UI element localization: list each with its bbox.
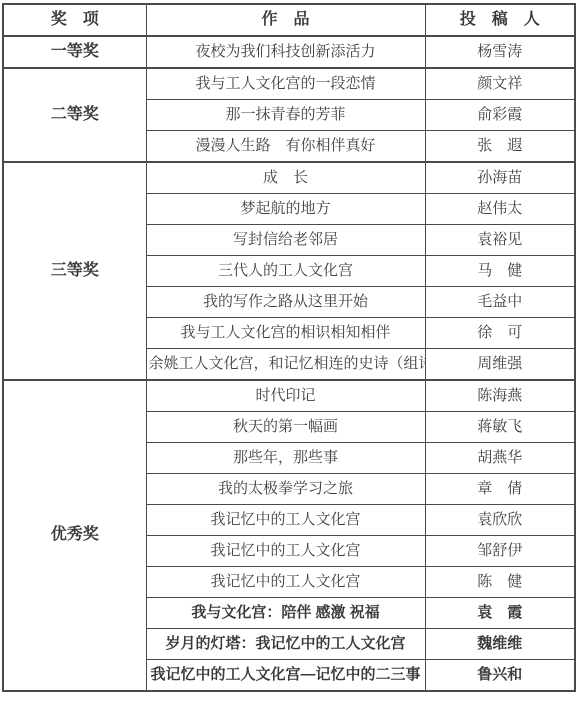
author-cell: 毛益中 <box>425 287 575 318</box>
table-row: 二等奖我与工人文化宫的一段恋情颜文祥 <box>3 68 575 100</box>
work-cell: 那些年，那些事 <box>146 443 425 474</box>
work-cell: 我的写作之路从这里开始 <box>146 287 425 318</box>
author-cell: 颜文祥 <box>425 68 575 100</box>
author-cell: 邹舒伊 <box>425 536 575 567</box>
work-cell: 岁月的灯塔：我记忆中的工人文化宫 <box>146 629 425 660</box>
author-cell: 袁裕见 <box>425 225 575 256</box>
table-row: 一等奖夜校为我们科技创新添活力杨雪涛 <box>3 36 575 68</box>
award-cell: 优秀奖 <box>3 380 146 691</box>
work-cell: 写封信给老邻居 <box>146 225 425 256</box>
work-cell: 漫漫人生路 有你相伴真好 <box>146 131 425 163</box>
work-cell: 我记忆中的工人文化宫 <box>146 567 425 598</box>
work-cell: 我记忆中的工人文化宫—记忆中的二三事 <box>146 660 425 692</box>
author-cell: 袁 霞 <box>425 598 575 629</box>
author-cell: 章 倩 <box>425 474 575 505</box>
work-cell: 我与文化宫：陪伴 感激 祝福 <box>146 598 425 629</box>
author-cell: 蒋敏飞 <box>425 412 575 443</box>
award-cell: 一等奖 <box>3 36 146 68</box>
work-cell: 我与工人文化宫的一段恋情 <box>146 68 425 100</box>
header-work: 作 品 <box>146 4 425 36</box>
author-cell: 马 健 <box>425 256 575 287</box>
header-author: 投 稿 人 <box>425 4 575 36</box>
author-cell: 孙海苗 <box>425 162 575 194</box>
table-row: 优秀奖时代印记陈海燕 <box>3 380 575 412</box>
work-cell: 我记忆中的工人文化宫 <box>146 505 425 536</box>
header-award: 奖 项 <box>3 4 146 36</box>
author-cell: 俞彩霞 <box>425 100 575 131</box>
award-cell: 二等奖 <box>3 68 146 162</box>
work-cell: 时代印记 <box>146 380 425 412</box>
author-cell: 袁欣欣 <box>425 505 575 536</box>
work-cell: 夜校为我们科技创新添活力 <box>146 36 425 68</box>
work-cell: 梦起航的地方 <box>146 194 425 225</box>
table-body: 一等奖夜校为我们科技创新添活力杨雪涛二等奖我与工人文化宫的一段恋情颜文祥那一抹青… <box>3 36 575 691</box>
work-cell: 秋天的第一幅画 <box>146 412 425 443</box>
author-cell: 赵伟太 <box>425 194 575 225</box>
author-cell: 胡燕华 <box>425 443 575 474</box>
award-cell: 三等奖 <box>3 162 146 380</box>
work-cell: 我记忆中的工人文化宫 <box>146 536 425 567</box>
author-cell: 杨雪涛 <box>425 36 575 68</box>
author-cell: 陈海燕 <box>425 380 575 412</box>
author-cell: 徐 可 <box>425 318 575 349</box>
work-cell: 那一抹青春的芳菲 <box>146 100 425 131</box>
header-row: 奖 项 作 品 投 稿 人 <box>3 4 575 36</box>
table-row: 三等奖成 长孙海苗 <box>3 162 575 194</box>
author-cell: 张 遐 <box>425 131 575 163</box>
work-cell: 我的太极拳学习之旅 <box>146 474 425 505</box>
author-cell: 陈 健 <box>425 567 575 598</box>
awards-table: 奖 项 作 品 投 稿 人 一等奖夜校为我们科技创新添活力杨雪涛二等奖我与工人文… <box>2 3 576 692</box>
work-cell: 成 长 <box>146 162 425 194</box>
author-cell: 周维强 <box>425 349 575 381</box>
author-cell: 鲁兴和 <box>425 660 575 692</box>
author-cell: 魏维维 <box>425 629 575 660</box>
work-cell: 我与工人文化宫的相识相知相伴 <box>146 318 425 349</box>
work-cell: 余姚工人文化宫，和记忆相连的史诗（组诗） <box>146 349 425 381</box>
work-cell: 三代人的工人文化宫 <box>146 256 425 287</box>
table-header: 奖 项 作 品 投 稿 人 <box>3 4 575 36</box>
